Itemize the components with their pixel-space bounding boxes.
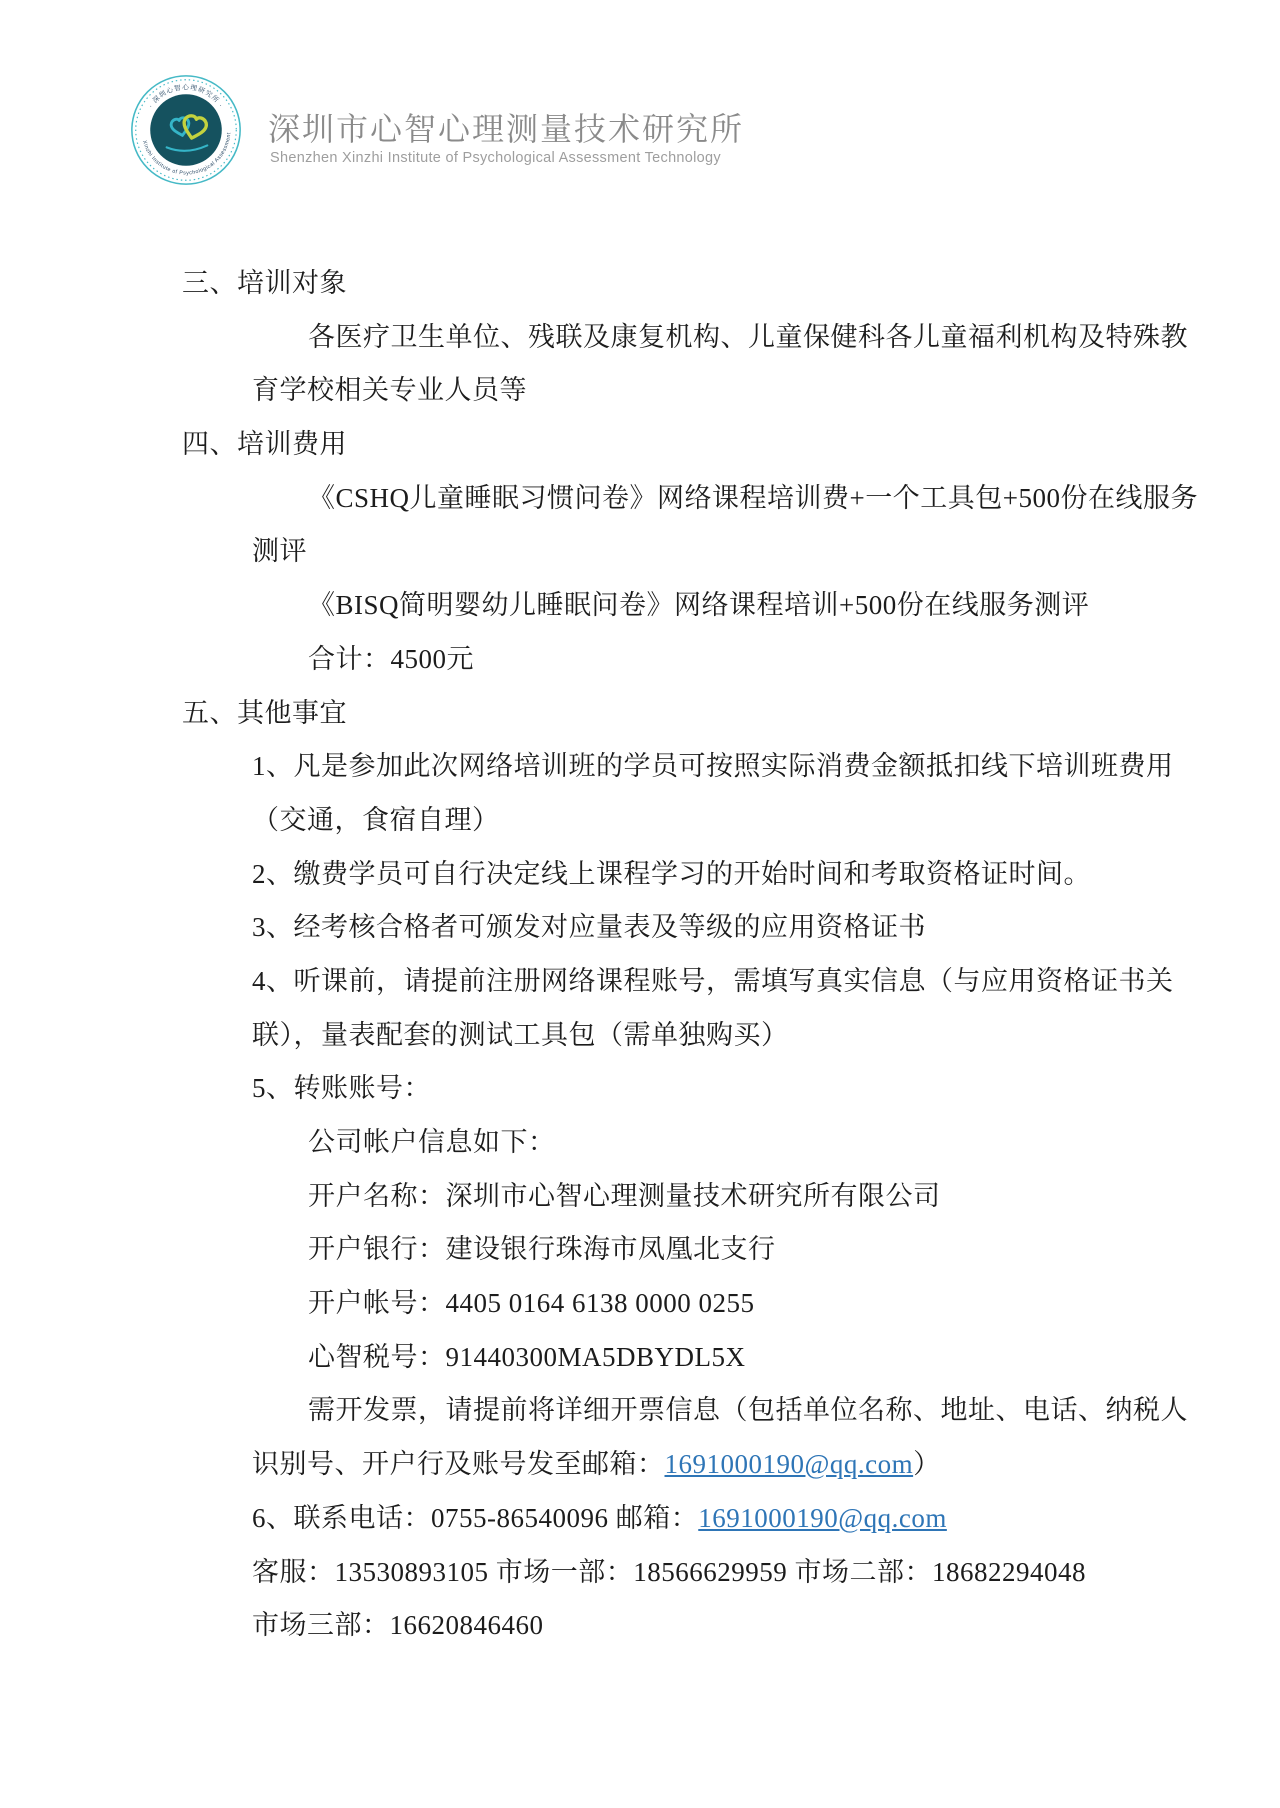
text-run: 3、经考核合格者可颁发对应量表及等级的应用资格证书 (252, 912, 926, 942)
org-subtitle: Shenzhen Xinzhi Institute of Psychologic… (270, 150, 721, 166)
text-run: 测评 (252, 536, 307, 566)
doc-line: 1、凡是参加此次网络培训班的学员可按照实际消费金额抵扣线下培训班费用 (252, 740, 1280, 794)
text-run: 四、培训费用 (182, 429, 347, 459)
doc-line: 市场三部：16620846460 (252, 1599, 1280, 1653)
email-link[interactable]: 1691000190@qq.com (698, 1503, 947, 1533)
doc-line: 测评 (252, 525, 1280, 579)
org-title: 深圳市心智心理测量技术研究所 (268, 104, 744, 150)
doc-line: 四、培训费用 (182, 418, 1280, 472)
institute-logo-icon: · 深圳心智心理研究所 · Xinzhi Institute of Psycho… (128, 72, 244, 188)
page-header: · 深圳心智心理研究所 · Xinzhi Institute of Psycho… (0, 0, 1280, 200)
text-run: 合计：4500元 (308, 644, 474, 674)
doc-line: 《CSHQ儿童睡眠习惯问卷》网络课程培训费+一个工具包+500份在线服务 (308, 472, 1280, 526)
text-run: 需开发票，请提前将详细开票信息（包括单位名称、地址、电话、纳税人 (308, 1395, 1188, 1425)
doc-line: 5、转账账号： (252, 1062, 1280, 1116)
text-run: 开户名称：深圳市心智心理测量技术研究所有限公司 (308, 1181, 941, 1211)
text-run: 《CSHQ儿童睡眠习惯问卷》网络课程培训费+一个工具包+500份在线服务 (308, 483, 1198, 513)
doc-line: 2、缴费学员可自行决定线上课程学习的开始时间和考取资格证时间。 (252, 848, 1280, 902)
text-run: 联），量表配套的测试工具包（需单独购买） (252, 1020, 789, 1050)
text-run: 1、凡是参加此次网络培训班的学员可按照实际消费金额抵扣线下培训班费用 (252, 751, 1174, 781)
text-run: 开户银行：建设银行珠海市凤凰北支行 (308, 1234, 776, 1264)
text-run: 4、听课前，请提前注册网络课程账号，需填写真实信息（与应用资格证书关 (252, 966, 1174, 996)
doc-line: 开户帐号：4405 0164 6138 0000 0255 (308, 1277, 1280, 1331)
doc-line: 《BISQ简明婴幼儿睡眠问卷》网络课程培训+500份在线服务测评 (308, 579, 1280, 633)
text-run: 五、其他事宜 (182, 698, 347, 728)
doc-line: 客服：13530893105 市场一部：18566629959 市场二部：186… (252, 1546, 1280, 1600)
doc-line: 三、培训对象 (182, 257, 1280, 311)
text-run: 三、培训对象 (182, 268, 347, 298)
text-run: （交通，食宿自理） (252, 805, 500, 835)
text-run: 6、联系电话：0755-86540096 邮箱： (252, 1503, 698, 1533)
doc-line: 合计：4500元 (308, 633, 1280, 687)
doc-line: （交通，食宿自理） (252, 794, 1280, 848)
text-run: 开户帐号：4405 0164 6138 0000 0255 (308, 1288, 755, 1318)
doc-line: 开户名称：深圳市心智心理测量技术研究所有限公司 (308, 1170, 1280, 1224)
document-body: 三、培训对象各医疗卫生单位、残联及康复机构、儿童保健科各儿童福利机构及特殊教育学… (0, 257, 1280, 1653)
text-run: ） (913, 1449, 941, 1479)
text-run: 各医疗卫生单位、残联及康复机构、儿童保健科各儿童福利机构及特殊教 (308, 322, 1188, 352)
email-link[interactable]: 1691000190@qq.com (665, 1449, 914, 1479)
doc-line: 育学校相关专业人员等 (252, 364, 1280, 418)
doc-line: 6、联系电话：0755-86540096 邮箱：1691000190@qq.co… (252, 1492, 1280, 1546)
doc-line: 识别号、开户行及账号发至邮箱：1691000190@qq.com） (252, 1438, 1280, 1492)
doc-line: 五、其他事宜 (182, 687, 1280, 741)
doc-line: 各医疗卫生单位、残联及康复机构、儿童保健科各儿童福利机构及特殊教 (308, 311, 1280, 365)
text-run: 市场三部：16620846460 (252, 1610, 544, 1640)
doc-line: 3、经考核合格者可颁发对应量表及等级的应用资格证书 (252, 901, 1280, 955)
doc-line: 公司帐户信息如下： (308, 1116, 1280, 1170)
text-run: 客服：13530893105 市场一部：18566629959 市场二部：186… (252, 1557, 1086, 1587)
doc-line: 开户银行：建设银行珠海市凤凰北支行 (308, 1223, 1280, 1277)
text-run: 5、转账账号： (252, 1073, 431, 1103)
text-run: 公司帐户信息如下： (308, 1127, 556, 1157)
text-run: 心智税号：91440300MA5DBYDL5X (308, 1342, 746, 1372)
doc-line: 联），量表配套的测试工具包（需单独购买） (252, 1009, 1280, 1063)
text-run: 识别号、开户行及账号发至邮箱： (252, 1449, 665, 1479)
doc-line: 4、听课前，请提前注册网络课程账号，需填写真实信息（与应用资格证书关 (252, 955, 1280, 1009)
doc-line: 需开发票，请提前将详细开票信息（包括单位名称、地址、电话、纳税人 (308, 1384, 1280, 1438)
text-run: 2、缴费学员可自行决定线上课程学习的开始时间和考取资格证时间。 (252, 859, 1091, 889)
text-run: 《BISQ简明婴幼儿睡眠问卷》网络课程培训+500份在线服务测评 (308, 590, 1089, 620)
doc-line: 心智税号：91440300MA5DBYDL5X (308, 1331, 1280, 1385)
text-run: 育学校相关专业人员等 (252, 375, 527, 405)
